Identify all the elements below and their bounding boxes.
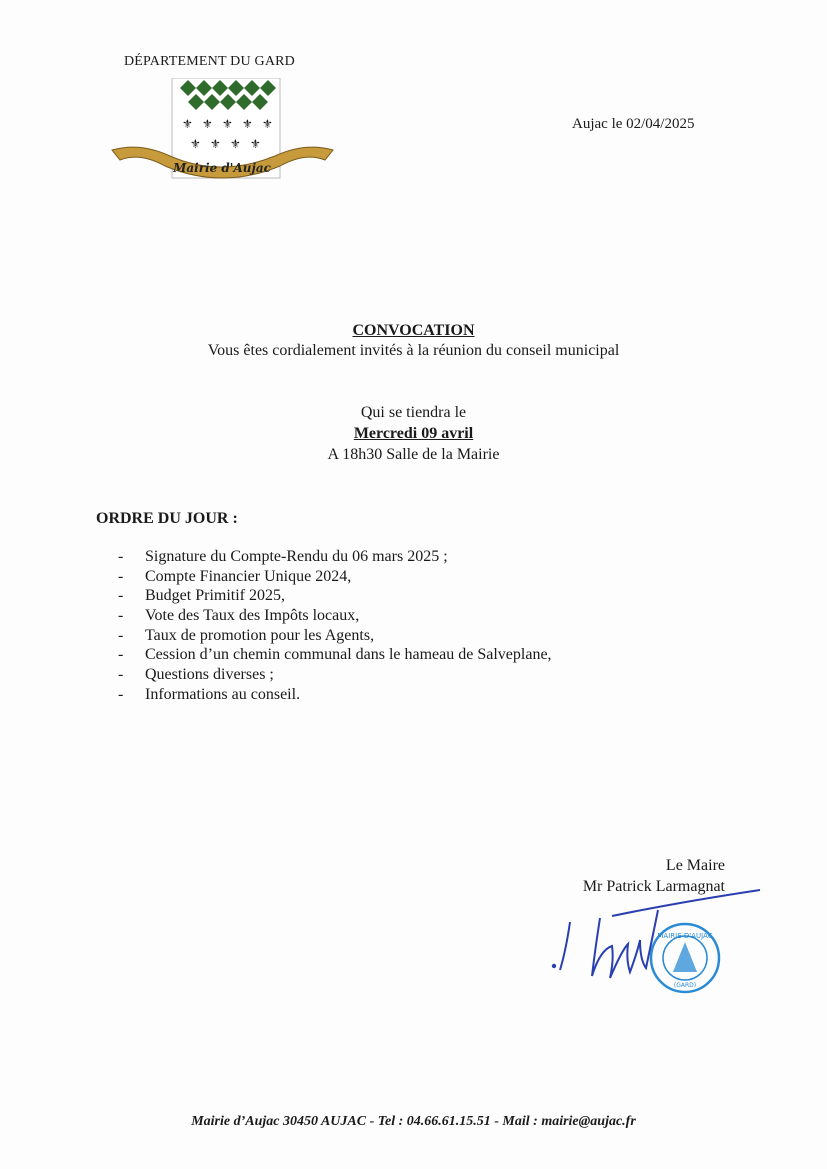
municipal-crest-logo: ⚜⚜ ⚜⚜ ⚜ ⚜⚜ ⚜⚜ Mairie d'Aujac: [110, 78, 335, 190]
agenda-item: -Questions diverses ;: [118, 665, 552, 685]
agenda-item: -Compte Financier Unique 2024,: [118, 567, 552, 587]
meeting-intro: Qui se tiendra le: [0, 404, 827, 422]
agenda-item: -Taux de promotion pour les Agents,: [118, 626, 552, 646]
handwritten-signature-icon: [553, 890, 760, 978]
svg-text:Mairie d'Aujac: Mairie d'Aujac: [172, 161, 272, 175]
svg-text:⚜: ⚜: [222, 117, 233, 131]
svg-text:⚜: ⚜: [250, 137, 261, 151]
signature-and-stamp: MAIRIE D'AUJAC (GARD): [540, 880, 770, 1000]
svg-text:⚜: ⚜: [262, 117, 273, 131]
letter-date: Aujac le 02/04/2025: [572, 116, 694, 133]
department-label: DÉPARTEMENT DU GARD: [124, 54, 295, 70]
svg-text:⚜: ⚜: [230, 137, 241, 151]
signatory-role: Le Maire: [583, 855, 725, 876]
document-title: CONVOCATION: [0, 322, 827, 340]
official-stamp-icon: MAIRIE D'AUJAC (GARD): [651, 924, 719, 992]
agenda-item: -Signature du Compte-Rendu du 06 mars 20…: [118, 547, 552, 567]
svg-text:⚜: ⚜: [182, 117, 193, 131]
svg-text:⚜: ⚜: [190, 137, 201, 151]
svg-text:⚜: ⚜: [242, 117, 253, 131]
meeting-time-place: A 18h30 Salle de la Mairie: [0, 446, 827, 464]
agenda-heading: ORDRE DU JOUR :: [96, 510, 238, 528]
agenda-list: -Signature du Compte-Rendu du 06 mars 20…: [118, 547, 552, 705]
svg-text:MAIRIE D'AUJAC: MAIRIE D'AUJAC: [657, 932, 712, 940]
agenda-item: -Budget Primitif 2025,: [118, 586, 552, 606]
agenda-item: -Vote des Taux des Impôts locaux,: [118, 606, 552, 626]
meeting-day: Mercredi 09 avril: [0, 425, 827, 443]
svg-text:⚜: ⚜: [210, 137, 221, 151]
svg-text:(GARD): (GARD): [674, 982, 696, 989]
footer-contact: Mairie d’Aujac 30450 AUJAC - Tel : 04.66…: [0, 1114, 827, 1130]
invitation-text: Vous êtes cordialement invités à la réun…: [0, 342, 827, 360]
agenda-item: -Informations au conseil.: [118, 685, 552, 705]
agenda-item: -Cession d’un chemin communal dans le ha…: [118, 645, 552, 665]
svg-text:⚜: ⚜: [202, 117, 213, 131]
